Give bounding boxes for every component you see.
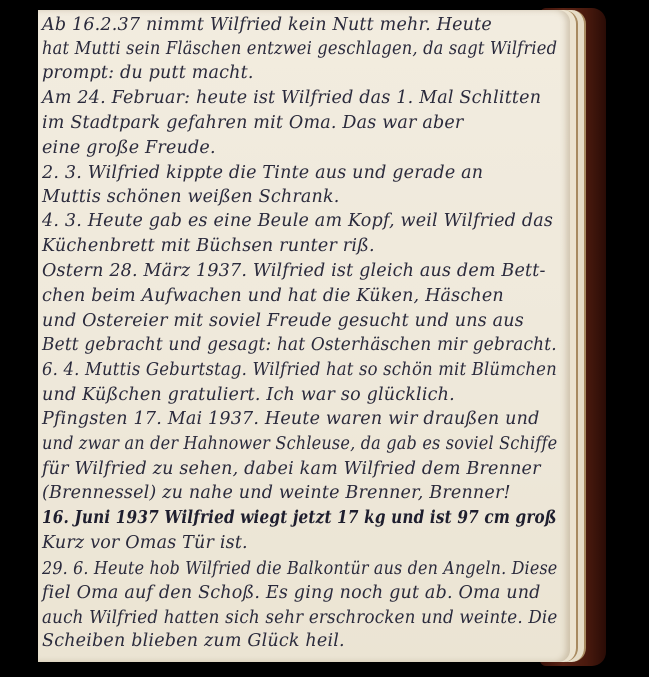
- text-line: Pfingsten 17. Mai 1937. Heute waren wir …: [42, 408, 557, 430]
- text-line: 6. 4. Muttis Geburtstag. Wilfried hat so…: [42, 359, 526, 381]
- text-line: hat Mutti sein Fläschen entzwei geschlag…: [42, 38, 520, 60]
- text-line: und Ostereier mit soviel Freude gesucht …: [42, 310, 557, 332]
- text-line: Scheiben blieben zum Glück heil.: [42, 630, 557, 652]
- text-line: im Stadtpark gefahren mit Oma. Das war a…: [42, 112, 557, 134]
- text-line: für Wilfried zu sehen, dabei kam Wilfrie…: [42, 458, 557, 480]
- text-line: 2. 3. Wilfried kippte die Tinte aus und …: [42, 162, 557, 184]
- text-line: auch Wilfried hatten sich sehr erschrock…: [42, 607, 533, 629]
- text-line: Ab 16.2.37 nimmt Wilfried kein Nutt mehr…: [42, 14, 557, 36]
- text-line: prompt: du putt macht.: [42, 62, 557, 84]
- text-line: chen beim Aufwachen und hat die Küken, H…: [42, 285, 557, 307]
- text-line: Kurz vor Omas Tür ist.: [42, 532, 557, 554]
- text-line: eine große Freude.: [42, 137, 557, 159]
- text-line: Muttis schönen weißen Schrank.: [42, 186, 557, 208]
- text-line: und Küßchen gratuliert. Ich war so glück…: [42, 384, 557, 406]
- text-line: Bett gebracht und gesagt: hat Osterhäsch…: [42, 334, 539, 356]
- text-line: Küchenbrett mit Büchsen runter riß.: [42, 235, 557, 257]
- text-line: Ostern 28. März 1937. Wilfried ist gleic…: [42, 260, 557, 282]
- text-line: 29. 6. Heute hob Wilfried die Balkontür …: [42, 558, 511, 580]
- text-line: fiel Oma auf den Schoß. Es ging noch gut…: [42, 582, 557, 604]
- text-line: Am 24. Februar: heute ist Wilfried das 1…: [42, 87, 557, 109]
- text-line: 16. Juni 1937 Wilfried wiegt jetzt 17 kg…: [42, 507, 490, 529]
- text-line: (Brennessel) zu nahe und weinte Brenner,…: [42, 482, 557, 504]
- text-line: 4. 3. Heute gab es eine Beule am Kopf, w…: [42, 210, 557, 232]
- text-line: und zwar an der Hahnower Schleuse, da ga…: [42, 433, 516, 455]
